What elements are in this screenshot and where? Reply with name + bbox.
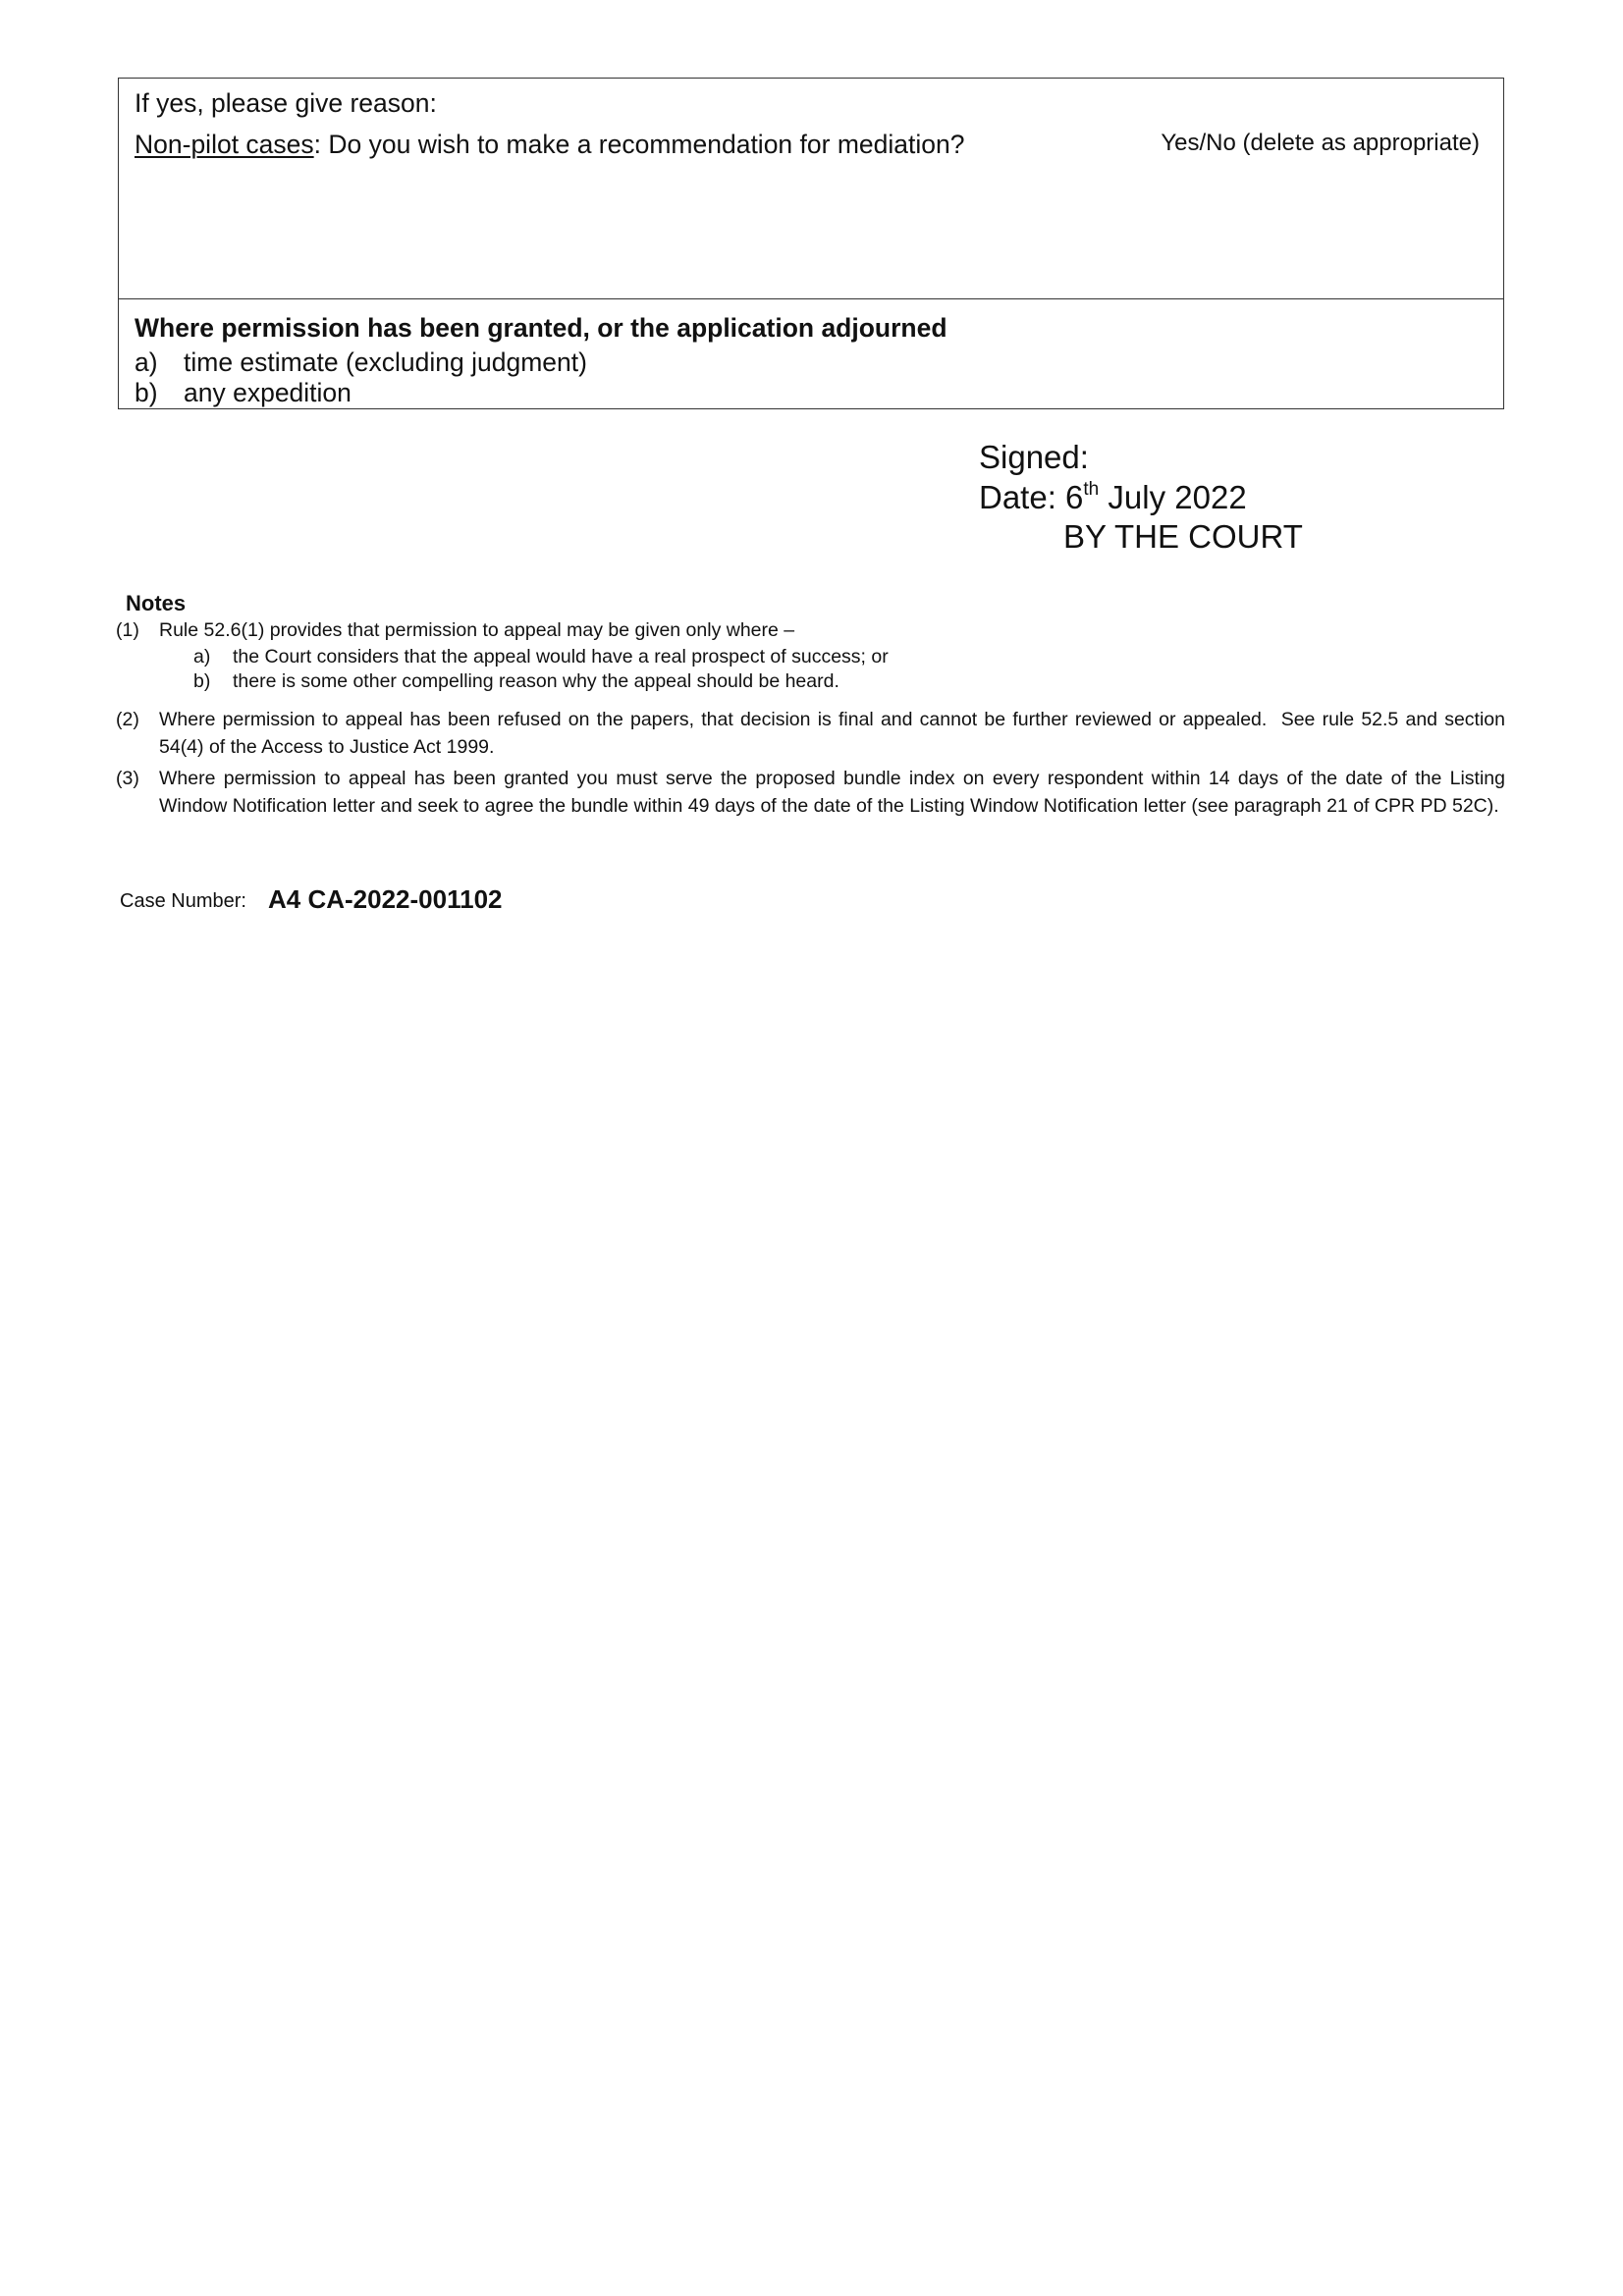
by-the-court: BY THE COURT: [1063, 520, 1303, 553]
notes-title: Notes: [126, 593, 186, 614]
note-number: (3): [116, 770, 139, 789]
mediation-question-text: : Do you wish to make a recommendation f…: [314, 130, 965, 159]
note-text: Where permission to appeal has been gran…: [159, 766, 1505, 820]
case-number-value: A4 CA-2022-001102: [268, 886, 503, 912]
note-text: Rule 52.6(1) provides that permission to…: [159, 621, 794, 641]
note-subitem-marker: a): [193, 648, 210, 667]
signed-label: Signed:: [979, 441, 1089, 473]
order-date: Date: 6th July 2022: [979, 481, 1247, 513]
time-estimate-item: time estimate (excluding judgment): [184, 349, 587, 376]
note-number: (2): [116, 711, 139, 730]
permission-heading: Where permission has been granted, or th…: [135, 315, 947, 342]
mediation-answer: Yes/No (delete as appropriate): [1161, 132, 1480, 155]
reason-prompt: If yes, please give reason:: [135, 90, 437, 117]
note-subitem-marker: b): [193, 672, 210, 692]
expedition-item: any expedition: [184, 380, 352, 406]
date-suffix: July 2022: [1099, 479, 1246, 515]
note-subitem-text: the Court considers that the appeal woul…: [233, 648, 889, 667]
note-subitem-text: there is some other compelling reason wh…: [233, 672, 839, 692]
note-text: Where permission to appeal has been refu…: [159, 707, 1505, 761]
mediation-question: Non-pilot cases: Do you wish to make a r…: [135, 132, 964, 158]
permission-item-marker: b): [135, 380, 158, 406]
note-number: (1): [116, 621, 139, 641]
date-prefix: Date: 6: [979, 479, 1083, 515]
non-pilot-label: Non-pilot cases: [135, 130, 314, 159]
section-divider: [118, 298, 1504, 299]
date-ordinal: th: [1083, 479, 1099, 500]
case-number-label: Case Number:: [120, 891, 246, 911]
permission-item-marker: a): [135, 349, 158, 376]
